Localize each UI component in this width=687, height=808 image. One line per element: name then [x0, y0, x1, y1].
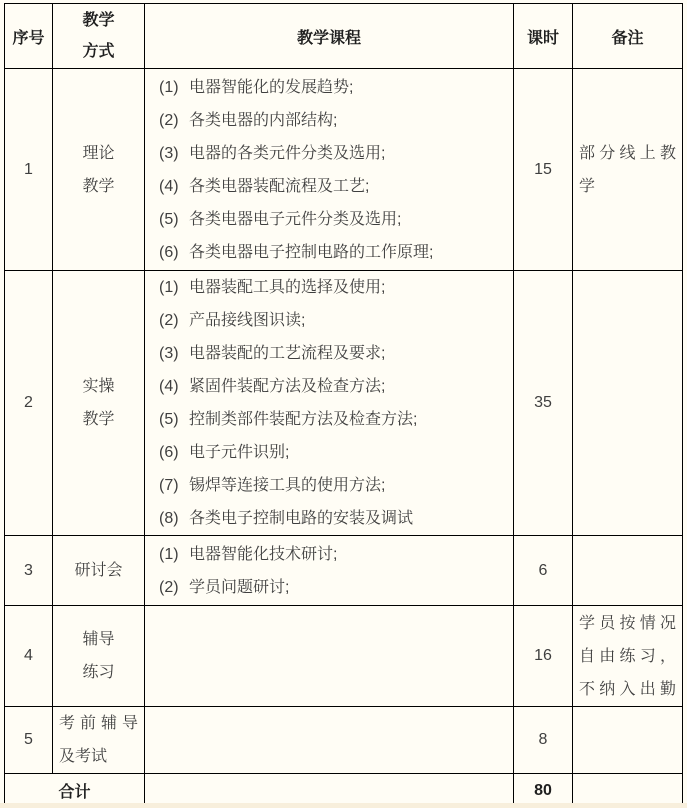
course-item-text: 电器的各类元件分类及选用;	[189, 145, 385, 162]
method-line: 研讨会	[59, 554, 138, 587]
remark-line: 学	[579, 170, 676, 203]
method-line: 教学	[59, 403, 138, 436]
method-line: 实操	[59, 370, 138, 403]
course-item-number: (1)	[159, 271, 189, 304]
course-item-number: (3)	[159, 337, 189, 370]
course-item: (8)各类电子控制电路的安装及调试	[159, 502, 509, 535]
remark-cell: 学员按情况 自由练习， 不纳入出勤	[573, 606, 683, 707]
method-cell: 研讨会	[53, 536, 145, 606]
course-item-text: 各类电器装配流程及工艺;	[189, 178, 369, 195]
method-line: 考前辅导	[59, 707, 138, 740]
course-item-text: 紧固件装配方法及检查方法;	[189, 378, 385, 395]
row-number: 1	[5, 69, 53, 271]
row-number: 4	[5, 606, 53, 707]
course-cell: (1)电器装配工具的选择及使用; (2)产品接线图识读; (3)电器装配的工艺流…	[145, 271, 514, 536]
course-item: (1)电器智能化技术研讨;	[159, 538, 509, 571]
course-cell: (1)电器智能化的发展趋势; (2)各类电器的内部结构; (3)电器的各类元件分…	[145, 69, 514, 271]
header-course: 教学课程	[145, 4, 514, 69]
course-item: (7)锡焊等连接工具的使用方法;	[159, 469, 509, 502]
method-cell: 辅导 练习	[53, 606, 145, 707]
course-item: (5)各类电器电子元件分类及选用;	[159, 203, 509, 236]
hours-cell: 15	[514, 69, 573, 271]
course-item: (2)产品接线图识读;	[159, 304, 509, 337]
course-cell	[145, 707, 514, 774]
hours-cell: 16	[514, 606, 573, 707]
course-item-number: (4)	[159, 370, 189, 403]
course-item: (2)各类电器的内部结构;	[159, 104, 509, 137]
hours-cell: 6	[514, 536, 573, 606]
remark-line: 自由练习，	[579, 640, 676, 673]
remark-line: 部分线上教	[579, 137, 676, 170]
course-item: (3)电器的各类元件分类及选用;	[159, 137, 509, 170]
header-hours: 课时	[514, 4, 573, 69]
course-item-number: (3)	[159, 137, 189, 170]
course-item-text: 各类电子控制电路的安装及调试	[189, 510, 413, 527]
row-number: 5	[5, 707, 53, 774]
course-item-number: (6)	[159, 436, 189, 469]
remark-cell: 部分线上教 学	[573, 69, 683, 271]
course-item-number: (7)	[159, 469, 189, 502]
course-item-number: (4)	[159, 170, 189, 203]
method-cell: 理论 教学	[53, 69, 145, 271]
row-number: 2	[5, 271, 53, 536]
remark-cell	[573, 271, 683, 536]
course-item-text: 电器装配的工艺流程及要求;	[189, 345, 385, 362]
course-cell: (1)电器智能化技术研讨; (2)学员问题研讨;	[145, 536, 514, 606]
header-method-line: 方式	[59, 36, 138, 67]
course-item-text: 锡焊等连接工具的使用方法;	[189, 477, 385, 494]
course-cell	[145, 606, 514, 707]
method-cell: 考前辅导 及考试	[53, 707, 145, 774]
method-line: 理论	[59, 137, 138, 170]
course-item-text: 各类电器电子元件分类及选用;	[189, 211, 401, 228]
header-row: 序号 教学 方式 教学课程 课时 备注	[5, 4, 683, 69]
course-item: (1)电器智能化的发展趋势;	[159, 71, 509, 104]
table-row: 5 考前辅导 及考试 8	[5, 707, 683, 774]
remark-cell	[573, 707, 683, 774]
course-item: (4)各类电器装配流程及工艺;	[159, 170, 509, 203]
method-line: 辅导	[59, 623, 138, 656]
course-item: (1)电器装配工具的选择及使用;	[159, 271, 509, 304]
header-method-line: 教学	[59, 5, 138, 36]
course-item-text: 电器智能化的发展趋势;	[189, 79, 353, 96]
course-item-text: 电子元件识别;	[189, 444, 289, 461]
method-cell: 实操 教学	[53, 271, 145, 536]
course-schedule-table: 序号 教学 方式 教学课程 课时 备注 1 理论 教学 (1)电器智能化的发展趋…	[4, 3, 683, 808]
course-item-text: 产品接线图识读;	[189, 312, 305, 329]
course-item-number: (6)	[159, 236, 189, 269]
course-item-number: (1)	[159, 538, 189, 571]
course-item: (6)电子元件识别;	[159, 436, 509, 469]
page: 序号 教学 方式 教学课程 课时 备注 1 理论 教学 (1)电器智能化的发展趋…	[0, 0, 687, 808]
header-no: 序号	[5, 4, 53, 69]
course-item-number: (2)	[159, 104, 189, 137]
method-line: 练习	[59, 656, 138, 689]
course-item-text: 学员问题研讨;	[189, 579, 289, 596]
table-row: 2 实操 教学 (1)电器装配工具的选择及使用; (2)产品接线图识读; (3)…	[5, 271, 683, 536]
table-row: 3 研讨会 (1)电器智能化技术研讨; (2)学员问题研讨; 6	[5, 536, 683, 606]
bottom-edge-strip	[0, 803, 687, 808]
remark-cell	[573, 536, 683, 606]
course-item: (3)电器装配的工艺流程及要求;	[159, 337, 509, 370]
course-item-number: (8)	[159, 502, 189, 535]
method-line: 及考试	[59, 740, 138, 773]
course-item-number: (2)	[159, 571, 189, 604]
hours-cell: 35	[514, 271, 573, 536]
remark-line: 学员按情况	[579, 607, 676, 640]
hours-cell: 8	[514, 707, 573, 774]
course-item: (4)紧固件装配方法及检查方法;	[159, 370, 509, 403]
course-item: (6)各类电器电子控制电路的工作原理;	[159, 236, 509, 269]
course-item-number: (5)	[159, 203, 189, 236]
table-row: 1 理论 教学 (1)电器智能化的发展趋势; (2)各类电器的内部结构; (3)…	[5, 69, 683, 271]
course-item-number: (2)	[159, 304, 189, 337]
course-item: (2)学员问题研讨;	[159, 571, 509, 604]
course-item-number: (1)	[159, 71, 189, 104]
method-line: 教学	[59, 170, 138, 203]
table-row: 4 辅导 练习 16 学员按情况 自由练习， 不纳入出勤	[5, 606, 683, 707]
course-item-text: 电器智能化技术研讨;	[189, 546, 337, 563]
course-item-text: 电器装配工具的选择及使用;	[189, 279, 385, 296]
header-method: 教学 方式	[53, 4, 145, 69]
header-remark: 备注	[573, 4, 683, 69]
remark-line: 不纳入出勤	[579, 673, 676, 706]
row-number: 3	[5, 536, 53, 606]
course-item-text: 各类电器的内部结构;	[189, 112, 337, 129]
course-item: (5)控制类部件装配方法及检查方法;	[159, 403, 509, 436]
course-item-text: 各类电器电子控制电路的工作原理;	[189, 244, 433, 261]
course-item-number: (5)	[159, 403, 189, 436]
course-item-text: 控制类部件装配方法及检查方法;	[189, 411, 417, 428]
